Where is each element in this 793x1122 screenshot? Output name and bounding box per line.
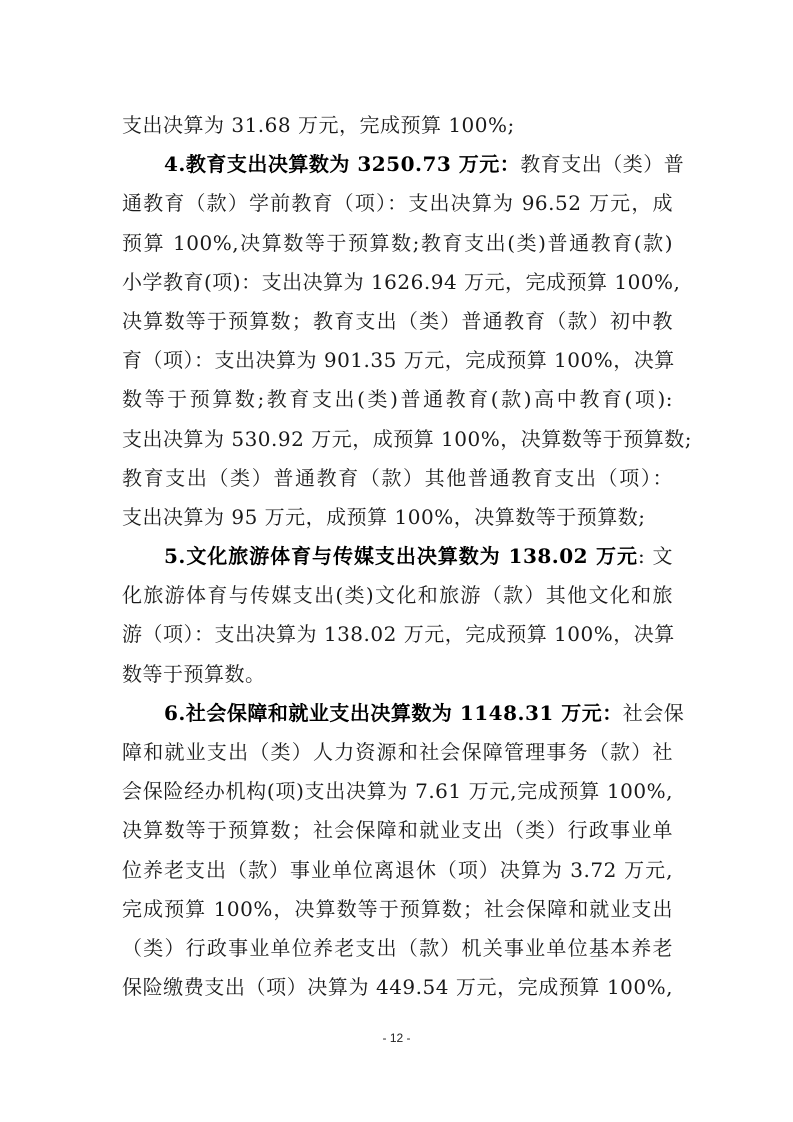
- line-text: 决算数等于预算数；教育支出（类）普通教育（款）初中教: [122, 309, 673, 333]
- section-heading: 4.教育支出决算数为 3250.73 万元：: [164, 152, 520, 176]
- section-heading-line: 5.文化旅游体育与传媒支出决算数为 138.02 万元: 文: [122, 537, 673, 576]
- line-text: 数等于预算数;教育支出(类)普通教育(款)高中教育(项):: [122, 387, 673, 411]
- line-text: 保险缴费支出（项）决算为 449.54 万元，完成预算 100%,: [122, 975, 673, 999]
- text-line: 障和就业支出（类）人力资源和社会保障管理事务（款）社: [122, 733, 673, 772]
- line-text: 教育支出（类）普通教育（款）其他普通教育支出（项）：: [122, 466, 673, 490]
- text-line: 支出决算为 31.68 万元，完成预算 100%;: [122, 106, 673, 145]
- line-text: 位养老支出（款）事业单位离退休（项）决算为 3.72 万元,: [122, 858, 673, 882]
- text-line: 数等于预算数。: [122, 655, 673, 694]
- line-text: 支出决算为 31.68 万元，完成预算 100%;: [122, 113, 515, 137]
- section-heading: 5.文化旅游体育与传媒支出决算数为 138.02 万元: [164, 544, 638, 568]
- line-text: 完成预算 100%，决算数等于预算数；社会保障和就业支出: [122, 897, 673, 921]
- document-page: 支出决算为 31.68 万元，完成预算 100%;4.教育支出决算数为 3250…: [0, 0, 793, 1122]
- line-text: : 文: [638, 544, 673, 568]
- text-line: 育（项）：支出决算为 901.35 万元，完成预算 100%，决算: [122, 341, 673, 380]
- text-line: 小学教育(项)：支出决算为 1626.94 万元，完成预算 100%,: [122, 263, 673, 302]
- line-text: （类）行政事业单位养老支出（款）机关事业单位基本养老: [122, 936, 673, 960]
- section-heading-line: 4.教育支出决算数为 3250.73 万元：教育支出（类）普: [122, 145, 673, 184]
- line-text: 化旅游体育与传媒支出(类)文化和旅游（款）其他文化和旅: [122, 583, 673, 607]
- text-line: 教育支出（类）普通教育（款）其他普通教育支出（项）：: [122, 459, 673, 498]
- line-text: 小学教育(项)：支出决算为 1626.94 万元，完成预算 100%,: [122, 270, 680, 294]
- text-line: 决算数等于预算数；教育支出（类）普通教育（款）初中教: [122, 302, 673, 341]
- text-line: 支出决算为 530.92 万元，成预算 100%，决算数等于预算数;: [122, 420, 673, 459]
- line-text: 数等于预算数。: [122, 662, 266, 686]
- text-line: 决算数等于预算数；社会保障和就业支出（类）行政事业单: [122, 811, 673, 850]
- line-text: 通教育（款）学前教育（项）：支出决算为 96.52 万元，成: [122, 191, 673, 215]
- text-line: 位养老支出（款）事业单位离退休（项）决算为 3.72 万元,: [122, 851, 673, 890]
- line-text: 社会保: [623, 701, 685, 725]
- section-heading: 6.社会保障和就业支出决算数为 1148.31 万元：: [164, 701, 623, 725]
- section-heading-line: 6.社会保障和就业支出决算数为 1148.31 万元：社会保: [122, 694, 673, 733]
- line-text: 支出决算为 95 万元，成预算 100%，决算数等于预算数;: [122, 505, 645, 529]
- page-number: - 12 -: [0, 1031, 793, 1045]
- body-text: 支出决算为 31.68 万元，完成预算 100%;4.教育支出决算数为 3250…: [122, 106, 673, 1007]
- text-line: 数等于预算数;教育支出(类)普通教育(款)高中教育(项):: [122, 380, 673, 419]
- text-line: 保险缴费支出（项）决算为 449.54 万元，完成预算 100%,: [122, 968, 673, 1007]
- line-text: 育（项）：支出决算为 901.35 万元，完成预算 100%，决算: [122, 348, 675, 372]
- text-line: 完成预算 100%，决算数等于预算数；社会保障和就业支出: [122, 890, 673, 929]
- text-line: 游（项）：支出决算为 138.02 万元，完成预算 100%，决算: [122, 615, 673, 654]
- line-text: 游（项）：支出决算为 138.02 万元，完成预算 100%，决算: [122, 622, 675, 646]
- text-line: 会保险经办机构(项)支出决算为 7.61 万元,完成预算 100%,: [122, 772, 673, 811]
- line-text: 决算数等于预算数；社会保障和就业支出（类）行政事业单: [122, 818, 673, 842]
- text-line: 化旅游体育与传媒支出(类)文化和旅游（款）其他文化和旅: [122, 576, 673, 615]
- line-text: 会保险经办机构(项)支出决算为 7.61 万元,完成预算 100%,: [122, 779, 673, 803]
- line-text: 预算 100%,决算数等于预算数;教育支出(类)普通教育(款): [122, 231, 673, 255]
- text-line: 支出决算为 95 万元，成预算 100%，决算数等于预算数;: [122, 498, 673, 537]
- text-line: 通教育（款）学前教育（项）：支出决算为 96.52 万元，成: [122, 184, 673, 223]
- text-line: （类）行政事业单位养老支出（款）机关事业单位基本养老: [122, 929, 673, 968]
- text-line: 预算 100%,决算数等于预算数;教育支出(类)普通教育(款): [122, 224, 673, 263]
- line-text: 支出决算为 530.92 万元，成预算 100%，决算数等于预算数;: [122, 427, 692, 451]
- line-text: 教育支出（类）普: [520, 152, 684, 176]
- line-text: 障和就业支出（类）人力资源和社会保障管理事务（款）社: [122, 740, 673, 764]
